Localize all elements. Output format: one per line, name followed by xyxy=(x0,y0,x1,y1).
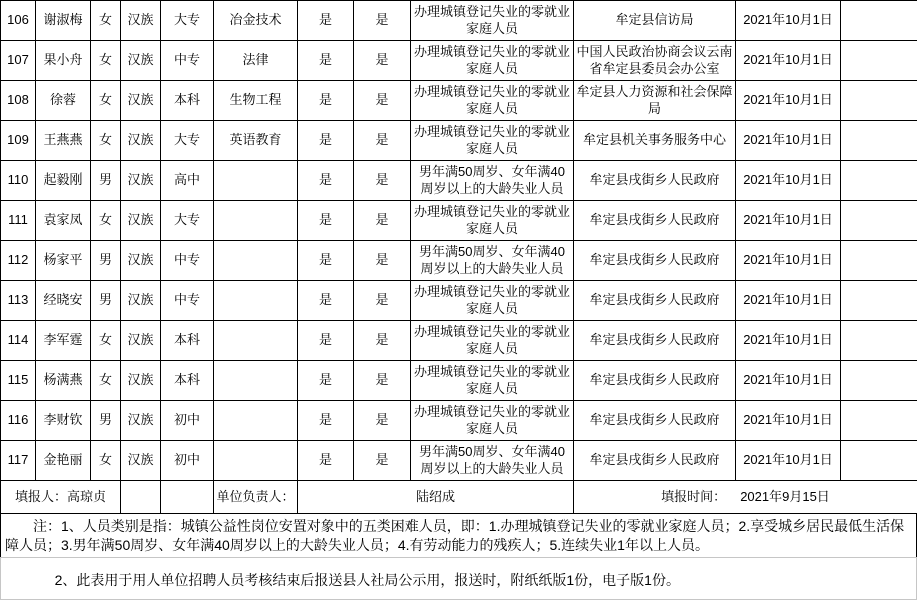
ethnicity-cell: 汉族 xyxy=(121,1,161,41)
serial-number-cell: 110 xyxy=(1,161,36,201)
personnel-category-cell: 男年满50周岁、女年满40周岁以上的大龄失业人员 xyxy=(411,161,574,201)
gender-cell: 女 xyxy=(91,41,121,81)
gender-cell: 男 xyxy=(91,241,121,281)
major-cell xyxy=(214,401,298,441)
employment-date-cell: 2021年10月1日 xyxy=(736,201,841,241)
confirmation-2-cell: 是 xyxy=(354,161,411,201)
major-cell xyxy=(214,441,298,481)
confirmation-2-cell: 是 xyxy=(354,121,411,161)
confirmation-2-cell: 是 xyxy=(354,441,411,481)
note-1-box: 注：1、人员类别是指：城镇公益性岗位安置对象中的五类困难人员，即：1.办理城镇登… xyxy=(0,514,917,557)
education-cell: 本科 xyxy=(161,81,214,121)
confirmation-2-cell: 是 xyxy=(354,361,411,401)
gender-cell: 男 xyxy=(91,401,121,441)
name-cell: 袁家凤 xyxy=(36,201,91,241)
personnel-category-cell: 办理城镇登记失业的零就业家庭人员 xyxy=(411,281,574,321)
major-cell xyxy=(214,161,298,201)
table-row: 112杨家平男汉族中专是是男年满50周岁、女年满40周岁以上的大龄失业人员牟定县… xyxy=(1,241,917,281)
confirmation-1-cell: 是 xyxy=(298,321,354,361)
ethnicity-cell: 汉族 xyxy=(121,41,161,81)
major-cell: 法律 xyxy=(214,41,298,81)
serial-number-cell: 109 xyxy=(1,121,36,161)
table-row: 114李军霆女汉族本科是是办理城镇登记失业的零就业家庭人员牟定县戌街乡人民政府2… xyxy=(1,321,917,361)
remarks-cell xyxy=(841,401,917,441)
confirmation-1-cell: 是 xyxy=(298,441,354,481)
table-summary: 填报人：高琼贞 单位负责人： 陆绍成 填报时间：2021年9月15日 xyxy=(1,481,917,514)
ethnicity-cell: 汉族 xyxy=(121,201,161,241)
table-row: 109王燕燕女汉族大专英语教育是是办理城镇登记失业的零就业家庭人员牟定县机关事务… xyxy=(1,121,917,161)
education-cell: 中专 xyxy=(161,241,214,281)
reporting-unit-cell: 牟定县戌街乡人民政府 xyxy=(574,201,736,241)
name-cell: 金艳丽 xyxy=(36,441,91,481)
personnel-category-cell: 办理城镇登记失业的零就业家庭人员 xyxy=(411,81,574,121)
personnel-category-cell: 办理城镇登记失业的零就业家庭人员 xyxy=(411,41,574,81)
confirmation-1-cell: 是 xyxy=(298,241,354,281)
preparer-label: 填报人： xyxy=(15,489,67,504)
reporting-unit-cell: 牟定县机关事务服务中心 xyxy=(574,121,736,161)
confirmation-1-cell: 是 xyxy=(298,41,354,81)
reporting-unit-cell: 牟定县戌街乡人民政府 xyxy=(574,281,736,321)
confirmation-2-cell: 是 xyxy=(354,401,411,441)
table-row: 107果小舟女汉族中专法律是是办理城镇登记失业的零就业家庭人员中国人民政治协商会… xyxy=(1,41,917,81)
report-time-cell: 填报时间：2021年9月15日 xyxy=(574,481,917,514)
gender-cell: 女 xyxy=(91,81,121,121)
employment-date-cell: 2021年10月1日 xyxy=(736,241,841,281)
reporting-unit-cell: 牟定县戌街乡人民政府 xyxy=(574,321,736,361)
employment-date-cell: 2021年10月1日 xyxy=(736,361,841,401)
name-cell: 杨满燕 xyxy=(36,361,91,401)
major-cell xyxy=(214,241,298,281)
preparer-cell: 填报人：高琼贞 xyxy=(1,481,121,514)
remarks-cell xyxy=(841,1,917,41)
education-cell: 初中 xyxy=(161,401,214,441)
confirmation-1-cell: 是 xyxy=(298,81,354,121)
preparer-name: 高琼贞 xyxy=(67,489,106,504)
reporting-unit-cell: 牟定县戌街乡人民政府 xyxy=(574,161,736,201)
confirmation-2-cell: 是 xyxy=(354,1,411,41)
gender-cell: 女 xyxy=(91,361,121,401)
major-cell xyxy=(214,321,298,361)
education-cell: 本科 xyxy=(161,321,214,361)
serial-number-cell: 112 xyxy=(1,241,36,281)
ethnicity-cell: 汉族 xyxy=(121,241,161,281)
personnel-roster-table: 106谢淑梅女汉族大专冶金技术是是办理城镇登记失业的零就业家庭人员牟定县信访局2… xyxy=(0,0,917,514)
serial-number-cell: 115 xyxy=(1,361,36,401)
reporting-unit-cell: 牟定县人力资源和社会保障局 xyxy=(574,81,736,121)
ethnicity-cell: 汉族 xyxy=(121,121,161,161)
confirmation-1-cell: 是 xyxy=(298,121,354,161)
serial-number-cell: 114 xyxy=(1,321,36,361)
major-cell xyxy=(214,281,298,321)
reporting-unit-cell: 中国人民政治协商会议云南省牟定县委员会办公室 xyxy=(574,41,736,81)
reporting-unit-cell: 牟定县戌街乡人民政府 xyxy=(574,441,736,481)
confirmation-1-cell: 是 xyxy=(298,1,354,41)
responsible-name-cell: 陆绍成 xyxy=(298,481,574,514)
table-row: 116李财钦男汉族初中是是办理城镇登记失业的零就业家庭人员牟定县戌街乡人民政府2… xyxy=(1,401,917,441)
personnel-category-cell: 男年满50周岁、女年满40周岁以上的大龄失业人员 xyxy=(411,441,574,481)
gender-cell: 女 xyxy=(91,321,121,361)
gender-cell: 女 xyxy=(91,1,121,41)
serial-number-cell: 116 xyxy=(1,401,36,441)
serial-number-cell: 106 xyxy=(1,1,36,41)
confirmation-1-cell: 是 xyxy=(298,401,354,441)
serial-number-cell: 108 xyxy=(1,81,36,121)
major-cell: 英语教育 xyxy=(214,121,298,161)
name-cell: 徐蓉 xyxy=(36,81,91,121)
serial-number-cell: 117 xyxy=(1,441,36,481)
remarks-cell xyxy=(841,41,917,81)
employment-date-cell: 2021年10月1日 xyxy=(736,401,841,441)
remarks-cell xyxy=(841,161,917,201)
table-row: 115杨满燕女汉族本科是是办理城镇登记失业的零就业家庭人员牟定县戌街乡人民政府2… xyxy=(1,361,917,401)
education-cell: 高中 xyxy=(161,161,214,201)
remarks-cell xyxy=(841,241,917,281)
table-body: 106谢淑梅女汉族大专冶金技术是是办理城镇登记失业的零就业家庭人员牟定县信访局2… xyxy=(1,1,917,481)
table-row: 106谢淑梅女汉族大专冶金技术是是办理城镇登记失业的零就业家庭人员牟定县信访局2… xyxy=(1,1,917,41)
table-row: 111袁家凤女汉族大专是是办理城镇登记失业的零就业家庭人员牟定县戌街乡人民政府2… xyxy=(1,201,917,241)
remarks-cell xyxy=(841,201,917,241)
remarks-cell xyxy=(841,121,917,161)
serial-number-cell: 113 xyxy=(1,281,36,321)
education-cell: 中专 xyxy=(161,281,214,321)
remarks-cell xyxy=(841,81,917,121)
gender-cell: 男 xyxy=(91,281,121,321)
table-row: 117金艳丽女汉族初中是是男年满50周岁、女年满40周岁以上的大龄失业人员牟定县… xyxy=(1,441,917,481)
ethnicity-cell: 汉族 xyxy=(121,361,161,401)
name-cell: 李军霆 xyxy=(36,321,91,361)
gender-cell: 女 xyxy=(91,121,121,161)
reporting-unit-cell: 牟定县戌街乡人民政府 xyxy=(574,241,736,281)
employment-date-cell: 2021年10月1日 xyxy=(736,41,841,81)
personnel-category-cell: 办理城镇登记失业的零就业家庭人员 xyxy=(411,121,574,161)
ethnicity-cell: 汉族 xyxy=(121,401,161,441)
personnel-category-cell: 办理城镇登记失业的零就业家庭人员 xyxy=(411,401,574,441)
gender-cell: 男 xyxy=(91,161,121,201)
ethnicity-cell: 汉族 xyxy=(121,281,161,321)
name-cell: 谢淑梅 xyxy=(36,1,91,41)
summary-row: 填报人：高琼贞 单位负责人： 陆绍成 填报时间：2021年9月15日 xyxy=(1,481,917,514)
major-cell: 冶金技术 xyxy=(214,1,298,41)
name-cell: 经晓安 xyxy=(36,281,91,321)
gender-cell: 女 xyxy=(91,441,121,481)
education-cell: 大专 xyxy=(161,201,214,241)
report-time-label: 填报时间： xyxy=(661,489,726,504)
confirmation-1-cell: 是 xyxy=(298,361,354,401)
employment-date-cell: 2021年10月1日 xyxy=(736,441,841,481)
education-cell: 本科 xyxy=(161,361,214,401)
ethnicity-cell: 汉族 xyxy=(121,321,161,361)
table-row: 108徐蓉女汉族本科生物工程是是办理城镇登记失业的零就业家庭人员牟定县人力资源和… xyxy=(1,81,917,121)
table-row: 110起毅刚男汉族高中是是男年满50周岁、女年满40周岁以上的大龄失业人员牟定县… xyxy=(1,161,917,201)
name-cell: 杨家平 xyxy=(36,241,91,281)
empty-cell xyxy=(161,481,214,514)
personnel-category-cell: 男年满50周岁、女年满40周岁以上的大龄失业人员 xyxy=(411,241,574,281)
major-cell: 生物工程 xyxy=(214,81,298,121)
employment-date-cell: 2021年10月1日 xyxy=(736,281,841,321)
note-2-text: 2、此表用于用人单位招聘人员考核结束后报送县人社局公示用，报送时，附纸纸版1份，… xyxy=(7,571,916,590)
education-cell: 大专 xyxy=(161,1,214,41)
confirmation-2-cell: 是 xyxy=(354,201,411,241)
responsible-label-cell: 单位负责人： xyxy=(214,481,298,514)
empty-cell xyxy=(121,481,161,514)
confirmation-2-cell: 是 xyxy=(354,41,411,81)
gender-cell: 女 xyxy=(91,201,121,241)
confirmation-2-cell: 是 xyxy=(354,281,411,321)
confirmation-1-cell: 是 xyxy=(298,201,354,241)
major-cell xyxy=(214,201,298,241)
serial-number-cell: 107 xyxy=(1,41,36,81)
personnel-category-cell: 办理城镇登记失业的零就业家庭人员 xyxy=(411,361,574,401)
name-cell: 果小舟 xyxy=(36,41,91,81)
name-cell: 王燕燕 xyxy=(36,121,91,161)
name-cell: 李财钦 xyxy=(36,401,91,441)
employment-date-cell: 2021年10月1日 xyxy=(736,81,841,121)
confirmation-2-cell: 是 xyxy=(354,81,411,121)
serial-number-cell: 111 xyxy=(1,201,36,241)
reporting-unit-cell: 牟定县戌街乡人民政府 xyxy=(574,401,736,441)
employment-date-cell: 2021年10月1日 xyxy=(736,1,841,41)
remarks-cell xyxy=(841,281,917,321)
ethnicity-cell: 汉族 xyxy=(121,441,161,481)
education-cell: 中专 xyxy=(161,41,214,81)
confirmation-2-cell: 是 xyxy=(354,321,411,361)
note-2-box: 2、此表用于用人单位招聘人员考核结束后报送县人社局公示用，报送时，附纸纸版1份，… xyxy=(0,557,917,600)
table-row: 113经晓安男汉族中专是是办理城镇登记失业的零就业家庭人员牟定县戌街乡人民政府2… xyxy=(1,281,917,321)
education-cell: 初中 xyxy=(161,441,214,481)
personnel-category-cell: 办理城镇登记失业的零就业家庭人员 xyxy=(411,1,574,41)
remarks-cell xyxy=(841,441,917,481)
confirmation-2-cell: 是 xyxy=(354,241,411,281)
employment-date-cell: 2021年10月1日 xyxy=(736,121,841,161)
reporting-unit-cell: 牟定县戌街乡人民政府 xyxy=(574,361,736,401)
confirmation-1-cell: 是 xyxy=(298,161,354,201)
ethnicity-cell: 汉族 xyxy=(121,161,161,201)
reporting-unit-cell: 牟定县信访局 xyxy=(574,1,736,41)
ethnicity-cell: 汉族 xyxy=(121,81,161,121)
employment-date-cell: 2021年10月1日 xyxy=(736,321,841,361)
report-time-value: 2021年9月15日 xyxy=(740,489,830,504)
personnel-category-cell: 办理城镇登记失业的零就业家庭人员 xyxy=(411,321,574,361)
education-cell: 大专 xyxy=(161,121,214,161)
remarks-cell xyxy=(841,361,917,401)
remarks-cell xyxy=(841,321,917,361)
note-1-text: 注：1、人员类别是指：城镇公益性岗位安置对象中的五类困难人员，即：1.办理城镇登… xyxy=(5,517,912,555)
confirmation-1-cell: 是 xyxy=(298,281,354,321)
name-cell: 起毅刚 xyxy=(36,161,91,201)
personnel-category-cell: 办理城镇登记失业的零就业家庭人员 xyxy=(411,201,574,241)
employment-date-cell: 2021年10月1日 xyxy=(736,161,841,201)
major-cell xyxy=(214,361,298,401)
